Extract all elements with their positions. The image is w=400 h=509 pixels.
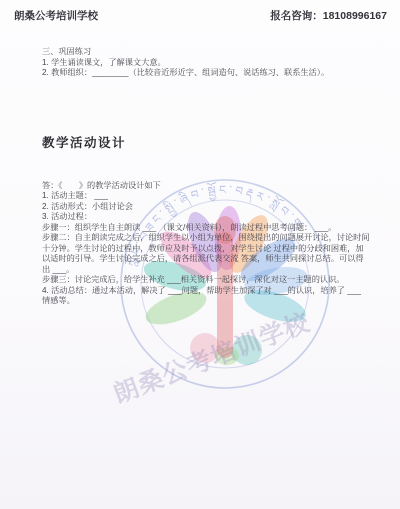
activity-section-title: 教学活动设计 <box>42 133 126 151</box>
activity-line: 十分钟。学生讨论的过程中，教师应及时予以点拨，对学生讨论 过程中的分歧和困难，加 <box>42 244 392 254</box>
document-page: { "header": { "school_name": "朗桑公考培训学校",… <box>0 0 400 509</box>
activity-line: 答：《 》的教学活动设计如下 <box>42 181 392 191</box>
review-heading: 三、巩固练习 <box>42 47 390 58</box>
activity-line: 步骤二：自主朗读完成之后，组织学生以小组为单位，围绕提出的问题展开讨论，讨论时间 <box>42 233 392 243</box>
activity-line: 步骤三：讨论完成后，给学生补充 ___相关资料一起探讨，深化对这一主题的认识。 <box>42 275 392 285</box>
activity-line: 3. 活动过程： <box>42 212 392 222</box>
page-header: 朗桑公考培训学校 报名咨询：18108996167 <box>14 8 387 23</box>
school-name: 朗桑公考培训学校 <box>14 8 98 23</box>
activity-line: 情感等。 <box>42 296 392 306</box>
activity-line: 出 ___。 <box>42 265 392 275</box>
review-section: 三、巩固练习 1. 学生诵读课文，了解课文大意。 2. 教师组织：_______… <box>42 47 390 79</box>
review-item: 2. 教师组织：________（比较音近形近字、组词造句、说话练习、联系生活）… <box>42 68 390 79</box>
activity-line: 步骤一：组织学生自主朗读 ___ （课文/相关资料），朗读过程中思考问题： __… <box>42 223 392 233</box>
review-item: 1. 学生诵读课文，了解课文大意。 <box>42 58 390 69</box>
activity-line: 1. 活动主题： ___ <box>42 191 392 201</box>
activity-line: 4. 活动总结：通过本活动，解决了 ___问题，帮助学生加深了对 ___的认识，… <box>42 286 392 296</box>
activity-section-body: 答：《 》的教学活动设计如下 1. 活动主题： ___ 2. 活动形式：小组讨论… <box>42 181 392 306</box>
activity-line: 2. 活动形式：小组讨论会 <box>42 202 392 212</box>
activity-line: 以适时的引导。学生讨论完成之后，请各组派代表交流 答案，师生共同探讨总结。可以得 <box>42 254 392 264</box>
contact-phone: 报名咨询：18108996167 <box>270 8 387 23</box>
